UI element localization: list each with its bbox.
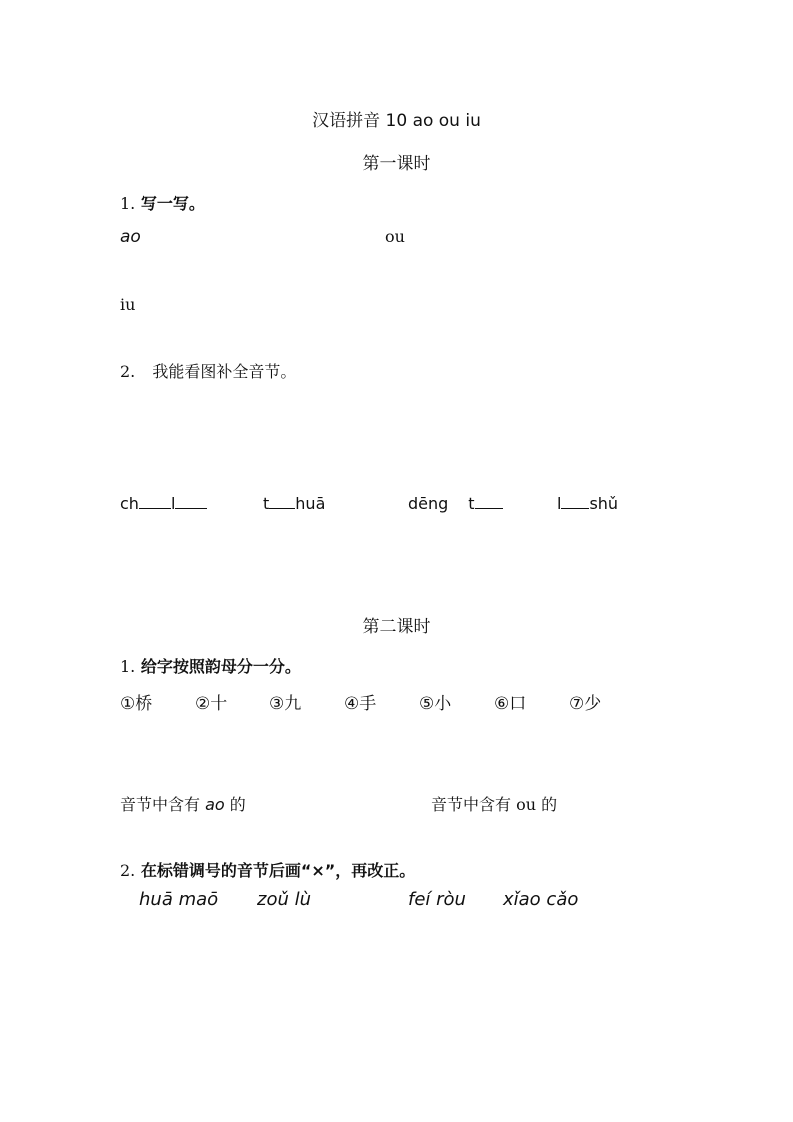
- lesson2-question2: 2. 在标错调号的音节后画“×”，再改正。: [120, 858, 415, 881]
- syllable-1: huā maō: [139, 889, 218, 910]
- question-number: 2.: [120, 861, 135, 880]
- question-text: 在标错调号的音节后画“×”，再改正。: [141, 861, 415, 880]
- lesson2-heading: 第二课时: [0, 612, 793, 637]
- char-7: ⑦少: [569, 689, 601, 714]
- char-5: ⑤小: [419, 689, 451, 714]
- blank-field[interactable]: [475, 494, 503, 509]
- lesson1-heading: 第一课时: [0, 149, 793, 174]
- write-item-ao: ao: [120, 227, 141, 247]
- lesson1-question2: 2. 我能看图补全音节。: [120, 359, 296, 382]
- char-1: ①桥: [120, 689, 152, 714]
- syllable-4: xǐao cǎo: [503, 889, 578, 910]
- char-6: ⑥口: [494, 689, 526, 714]
- blank-field[interactable]: [139, 494, 171, 509]
- fill-item-4: lshǔ: [557, 494, 618, 513]
- question-number: 1.: [120, 194, 135, 213]
- question-text: 给字按照韵母分一分。: [141, 657, 301, 676]
- fill-item-2: thuā: [263, 494, 325, 513]
- syllable-3: feí ròu: [408, 889, 466, 910]
- blank-field[interactable]: [175, 494, 207, 509]
- write-item-iu: iu: [120, 295, 135, 314]
- question-number: 1.: [120, 657, 135, 676]
- group-ao-label: 音节中含有 ao 的: [120, 792, 246, 815]
- write-item-ou: ou: [385, 227, 405, 246]
- lesson2-question1: 1. 给字按照韵母分一分。: [120, 654, 301, 677]
- question-text: 我能看图补全音节。: [152, 362, 296, 381]
- page-title: 汉语拼音 10 ao ou iu: [0, 106, 793, 131]
- fill-item-3: dēngt: [408, 494, 503, 513]
- char-3: ③九: [269, 689, 301, 714]
- blank-field[interactable]: [561, 494, 589, 509]
- group-ou-label: 音节中含有 ou 的: [431, 792, 557, 815]
- char-2: ②十: [195, 689, 227, 714]
- fill-item-1: chl: [120, 494, 207, 513]
- question-text: 写一写。: [141, 194, 205, 213]
- lesson1-question1: 1. 写一写。: [120, 191, 205, 214]
- char-4: ④手: [344, 689, 376, 714]
- syllable-2: zoǔ lù: [257, 889, 311, 910]
- question-number: 2.: [120, 362, 135, 381]
- blank-field[interactable]: [269, 494, 295, 509]
